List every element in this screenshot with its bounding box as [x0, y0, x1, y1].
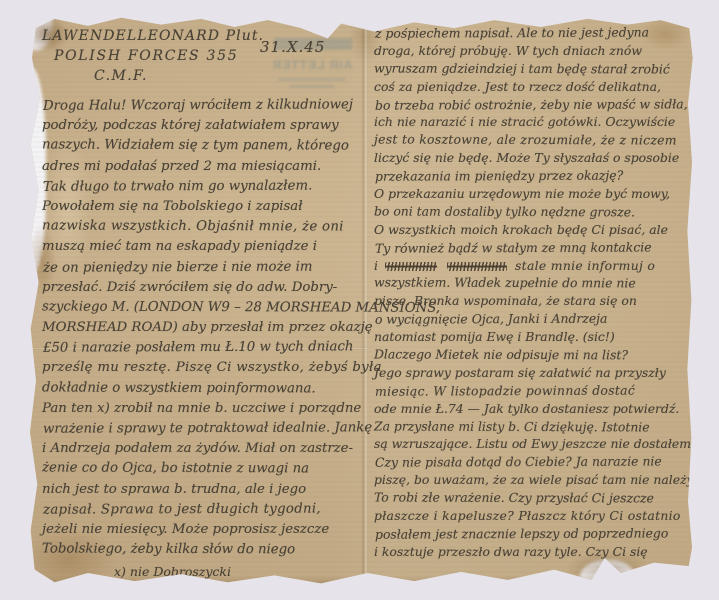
- letter-line: Tobolskiego, żeby kilka słów do niego: [42, 540, 372, 561]
- letter-line: że on pieniędzy nie bierze i nie może im: [43, 257, 373, 279]
- letter-line: bo oni tam dostaliby tylko nędzne grosze…: [374, 202, 692, 221]
- stamp-text: AIR LETTER: [268, 58, 356, 72]
- letter-line: wrażenie i sprawy te potraktował idealni…: [43, 418, 373, 440]
- letter-line: coś za pieniądze. Jest to rzecz dość del…: [374, 78, 692, 96]
- letter-line: Powołałem się na Tobolskiego i zapisał: [42, 197, 372, 217]
- letter-line: Tak długo to trwało nim go wynalazłem.: [43, 176, 373, 198]
- letter-line: Czy nie pisała dotąd do Ciebie? Ja naraz…: [375, 453, 693, 472]
- letter-line: bo trzeba robić ostrożnie, żeby nie wpaś…: [375, 95, 693, 114]
- letter-line: dokładnie o wszystkiem poinformowana.: [42, 378, 372, 399]
- letter-line: ode mnie Ł.74 — Jak tylko dostaniesz pot…: [374, 400, 692, 418]
- letter-line: jeżeli nie miesięcy. Może poprosisz jesz…: [42, 520, 372, 540]
- letter-line: przekazania im pieniędzy przez okazję?: [375, 166, 693, 185]
- letter-line: Za przysłane mi listy b. Ci dziękuję. Is…: [374, 417, 692, 436]
- letter-line: Dlaczego Mietek nie odpisuje mi na list?: [374, 345, 692, 364]
- letter-line: O wszystkich moich krokach będę Ci pisać…: [374, 221, 692, 239]
- paper-edge-shading: [28, 12, 694, 20]
- letter-line: przesłać. Dziś zwróciłem się do adw. Dob…: [42, 278, 372, 298]
- letter-line: płaszcze i kapelusze? Płaszcz który Ci o…: [374, 507, 692, 525]
- letter-line: Ty również bądź w stałym ze mną kontakci…: [375, 238, 693, 257]
- crossed-out-scribble: [385, 262, 437, 271]
- letter-line: prześlę mu resztę. Piszę Ci wszystko, że…: [42, 358, 372, 378]
- letter-line: są wzruszające. Listu od Ewy jeszcze nie…: [374, 435, 692, 453]
- letter-line: naszych. Widziałem się z tym panem, któr…: [42, 136, 372, 157]
- letter-header: LAWENDELLEONARD Plut. POLISH FORCES 355 …: [42, 28, 264, 84]
- letter-line: liczyć się nie będę. Może Ty słyszałaś o…: [374, 149, 692, 167]
- letter-line: natomiast pomija Ewę i Brandlę. (sic!): [374, 328, 692, 346]
- letter-line: wszystkiem. Władek zupełnie do mnie nie: [374, 274, 692, 293]
- letter-line: o wyciągnięcie Ojca, Janki i Andrzeja: [375, 310, 693, 329]
- letter-line: z pośpiechem napisał. Ale to nie jest je…: [375, 23, 693, 42]
- letter-line: pisze. Bronka wspominała, że stara się o…: [374, 292, 692, 310]
- letter-line: £50 i narazie posłałem mu Ł.10 w tych dn…: [43, 338, 373, 360]
- letter-line: podróży, podczas której załatwiałem spra…: [42, 116, 372, 136]
- letter-line: nazwiska wszystkich. Objaśnił mnie, że o…: [42, 217, 372, 238]
- letter-line: i kosztuje przeszło dwa razy tyle. Czy C…: [374, 543, 692, 561]
- letter-line: droga, której próbuję. W tych dniach znó…: [374, 42, 692, 60]
- letter-line: zapisał. Sprawa to jest długich tygodni,: [43, 499, 373, 521]
- letter-line: posłałem jest znacznie lepszy od poprzed…: [375, 524, 693, 543]
- letter-line: To robi złe wrażenie. Czy przysłać Ci je…: [374, 489, 692, 508]
- stamp-fine-print-line: [290, 85, 334, 88]
- letter-line: wyruszam gdzieindziej i tam będę starał …: [374, 59, 692, 78]
- letter-date: 31.X.45: [260, 38, 325, 56]
- sender-post: C.M.F.: [94, 68, 264, 84]
- letter-footnote: x) nie Dobroszycki: [114, 564, 231, 579]
- scan-background: { "colors": { "background": "#e6e4ea", "…: [0, 0, 719, 600]
- letter-line: piszę, bo uważam, że za wiele pisać tam …: [374, 471, 692, 489]
- stamp-fine-print-line: [278, 78, 346, 81]
- letter-line: Pan ten x) zrobił na mnie b. uczciwe i p…: [42, 399, 372, 419]
- letter-line: szyckiego M. (LONDON W9 – 28 MORSHEAD MA…: [42, 297, 372, 318]
- letter-line: i stale mnie informuj o: [374, 257, 692, 275]
- sender-unit: POLISH FORCES 355: [54, 48, 264, 64]
- letter-line: MORSHEAD ROAD) aby przesłał im przez oka…: [42, 318, 372, 338]
- letter-line: adres mi podałaś przed 2 ma miesiącami.: [42, 157, 372, 177]
- letter-page-right: z pośpiechem napisał. Ale to nie jest je…: [374, 24, 692, 561]
- letter-page-left: Droga Halu! Wczoraj wróciłem z kilkudnio…: [42, 96, 372, 560]
- letter-line: nich jest to sprawa b. trudna, ale i jeg…: [42, 480, 372, 500]
- sender-name-rank: LAWENDELLEONARD Plut.: [42, 28, 264, 44]
- letter-line: żenie co do Ojca, bo istotnie z uwagi na: [42, 459, 372, 480]
- torn-edge-white: [323, 8, 367, 22]
- letter-line: muszą mieć tam na eskapady pieniądze i: [42, 237, 372, 257]
- letter-line: Jego sprawy postaram się załatwić na prz…: [374, 364, 692, 382]
- letter-line: O przekazaniu urzędowym nie może być mow…: [374, 185, 692, 203]
- letter-line: jest to kosztowne, ale zrozumiałe, że z …: [374, 131, 692, 150]
- letter-line: ich nie narazić i nie stracić gotówki. O…: [374, 113, 692, 131]
- crossed-out-scribble: [447, 262, 507, 271]
- letter-line: miesiąc. W listopadzie powinnaś dostać: [375, 381, 693, 400]
- letter-line: Droga Halu! Wczoraj wróciłem z kilkudnio…: [43, 95, 373, 117]
- letter-line: i Andrzeja podałem za żydów. Miał on zas…: [42, 439, 372, 459]
- letter-paper: AIR LETTER LAWENDELLEONARD Plut. POLISH …: [28, 12, 694, 588]
